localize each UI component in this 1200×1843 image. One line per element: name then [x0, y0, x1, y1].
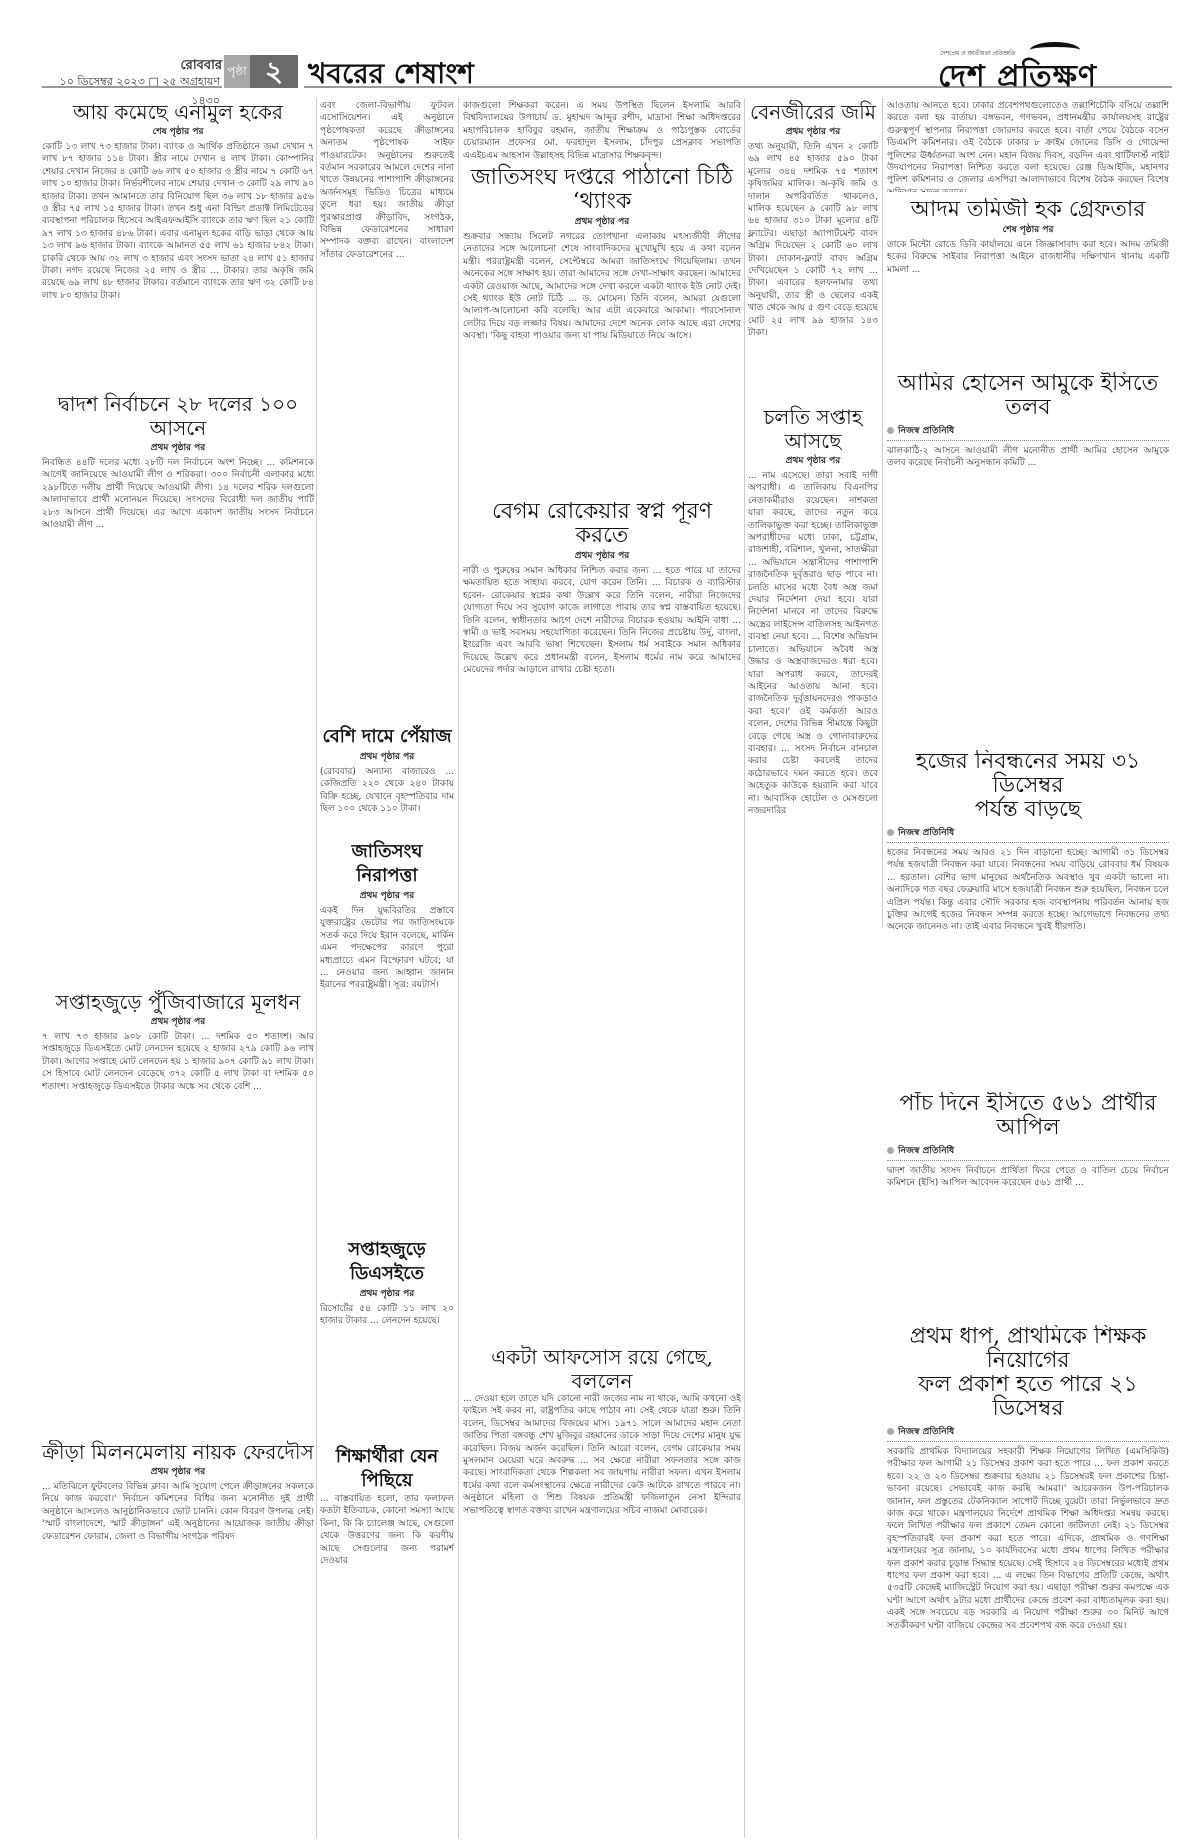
headline[interactable]: বেনজীরের জমি: [748, 100, 878, 124]
story-body: শুক্রবার সন্ধ্যায় সিলেট নগরের তোপখানা এ…: [463, 231, 741, 343]
page-number: ২: [250, 55, 298, 88]
kicker: প্রথম পৃষ্ঠার পর: [463, 214, 741, 229]
story-students: শিক্ষার্থীরা যেন পিছিয়ে ... বাস্তবায়িত…: [320, 1445, 454, 1840]
bullet-icon: [887, 1428, 894, 1435]
bullet-icon: [887, 1147, 894, 1154]
kicker: শেষ পৃষ্ঠার পর: [887, 222, 1169, 237]
kicker: প্রথম পৃষ্ঠার পর: [748, 453, 878, 468]
story-amir: আমির হোসেন আমুকে ইসিতে তলব নিজস্ব প্রতিন…: [887, 372, 1169, 747]
story-adam: আদম তমিজী হক গ্রেফতার শেষ পৃষ্ঠার পর তাক…: [887, 198, 1169, 368]
story-stockmarket: সপ্তাহজুড়ে পুঁজিবাজারে মূলধন প্রথম পৃষ্…: [42, 990, 314, 1360]
story-body: আওতায় আনতে হবে। ঢাকার প্রবেশপথগুলোতেও ত…: [887, 100, 1169, 192]
story-body: ... মতিঝিলে ফুটবলের বিভিন্ন ক্লাব। আমি স…: [42, 1481, 314, 1543]
headline[interactable]: সপ্তাহজুড়ে ডিএসইতে: [320, 1238, 454, 1286]
headline[interactable]: আদম তমিজী হক গ্রেফতার: [887, 198, 1169, 222]
masthead: রোববার ১০ ডিসেম্বর ২০২৩ □ ২৫ অগ্রহায়ণ ১…: [0, 0, 1200, 90]
headline[interactable]: বেশি দামে পেঁয়াজ: [320, 725, 454, 749]
story-hajj: হজের নিবন্ধনের সময় ৩১ ডিসেম্বর পর্যন্ত …: [887, 750, 1169, 1085]
byline: নিজস্ব প্রতিনিধি: [887, 423, 1169, 438]
story-body: ৭ লাখ ৭৩ হাজার ৯০৮ কোটি টাকা। ... দশমিক …: [42, 1031, 314, 1093]
headline[interactable]: বেগম রোকেয়ার স্বপ্ন পূরণ করতে: [463, 500, 741, 548]
story-appeals: পাঁচ দিনে ইসিতে ৫৬১ প্রার্থীর আপিল নিজস্…: [887, 1092, 1169, 1320]
story-benazir: বেনজীরের জমি প্রথম পৃষ্ঠার পর তথ্য অনুযা…: [748, 100, 878, 400]
bullet-icon: [887, 829, 894, 836]
kicker: প্রথম পৃষ্ঠার পর: [42, 440, 314, 455]
headline[interactable]: সপ্তাহজুড়ে পুঁজিবাজারে মূলধন: [42, 990, 314, 1014]
kicker: প্রথম পৃষ্ঠার পর: [463, 548, 741, 563]
bullet-icon: [887, 427, 894, 434]
dotted-divider: [887, 1160, 1169, 1161]
kicker: প্রথম পৃষ্ঠার পর: [42, 1464, 314, 1479]
headline[interactable]: দ্বাদশ নির্বাচনে ২৮ দলের ১০০ আসনে: [42, 392, 314, 440]
story-body: একই দিন যুদ্ধবিরতির প্রস্তাবে যুক্তরাষ্ট…: [320, 905, 454, 992]
headline[interactable]: জাতিসংঘ দপ্তরে পাঠানো চিঠি ‘থ্যাংক: [463, 166, 741, 214]
headline[interactable]: চলতি সপ্তাহ আসছে: [748, 405, 878, 453]
story-body: দ্বাদশ জাতীয় সংসদ নির্বাচনে প্রার্থিতা …: [887, 1165, 1169, 1190]
story-body: (রোববার) অন্যান্য বাজারেও ... কেজিপ্রতি …: [320, 766, 454, 816]
headline[interactable]: শিক্ষার্থীরা যেন পিছিয়ে: [320, 1445, 454, 1493]
story-ferdous: ক্রীড়া মিলনমেলায় নায়ক ফেরদৌস প্রথম পৃ…: [42, 1440, 314, 1780]
story-un-letter: কাজগুলো শিক্ষকরা করেন। এ সময় উপস্থিত ছি…: [463, 100, 741, 495]
headline[interactable]: আয় কমেছে এনামুল হকের: [42, 100, 314, 124]
dotted-divider: [887, 1441, 1169, 1442]
kicker: প্রথম পৃষ্ঠার পর: [320, 749, 454, 764]
byline: নিজস্ব প্রতিনিধি: [887, 825, 1169, 840]
headline[interactable]: আমির হোসেন আমুকে ইসিতে তলব: [887, 372, 1169, 420]
story-body: সরকারি প্রাথমিক বিদ্যালয়ের সহকারী শিক্ষ…: [887, 1446, 1169, 1632]
story-body: নারী ও পুরুষের সমান অধিকার নিশ্চিত করার …: [463, 565, 741, 677]
byline: নিজস্ব প্রতিনিধি: [887, 1424, 1169, 1439]
headline-line1[interactable]: হজের নিবন্ধনের সময় ৩১ ডিসেম্বর: [887, 750, 1169, 798]
byline: নিজস্ব প্রতিনিধি: [887, 1143, 1169, 1158]
headline-line2[interactable]: ফল প্রকাশ হতে পারে ২১ ডিসেম্বর: [887, 1373, 1169, 1421]
kicker: শেষ পৃষ্ঠার পর: [42, 124, 314, 139]
headline[interactable]: ক্রীড়া মিলনমেলায় নায়ক ফেরদৌস: [42, 1440, 314, 1464]
headline-line2[interactable]: পর্যন্ত বাড়ছে: [887, 798, 1169, 822]
story-dhaka-security: আওতায় আনতে হবে। ঢাকার প্রবেশপথগুলোতেও ত…: [887, 100, 1169, 192]
dotted-divider: [887, 842, 1169, 843]
story-body: ... নাম এসেছে। তারা সবাই দাগী অপরাধী। এ …: [748, 470, 878, 817]
story-body: রিসোর্টের ৫৪ কোটি ১১ লাখ ২০ হাজার টাকার …: [320, 1303, 454, 1328]
column-divider: [316, 98, 317, 1838]
story-body: নিবন্ধিত ৪৪টি দলের মধ্যে ২৮টি দল নির্বাচ…: [42, 457, 314, 531]
headline[interactable]: পাঁচ দিনে ইসিতে ৫৬১ প্রার্থীর আপিল: [887, 1092, 1169, 1140]
story-body: হজের নিবন্ধনের সময় আরও ২১ দিন বাড়ানো হ…: [887, 847, 1169, 934]
story-body: এবং জেলা-বিভাগীয় ফুটবল এসোসিয়েশন। এই অ…: [320, 100, 454, 261]
kicker: প্রথম পৃষ্ঠার পর: [42, 1014, 314, 1029]
story-onion: বেশি দামে পেঁয়াজ প্রথম পৃষ্ঠার পর (রোবব…: [320, 725, 454, 835]
story-body: তথ্য অনুযায়ী, তিনি এখন ২ কোটি ৬৯ লাখ ৪৫…: [748, 141, 878, 340]
newspaper-logo: দেশ প্রতিক্ষণ: [938, 52, 1097, 103]
story-un-security: জাতিসংঘ নিরাপত্তা প্রথম পৃষ্ঠার পর একই দ…: [320, 840, 454, 1230]
story-body: তাকে মিন্টো রোডে ডিবি কার্যালয়ে এনে জিজ…: [887, 239, 1169, 276]
story-enamul: আয় কমেছে এনামুল হকের শেষ পৃষ্ঠার পর কোট…: [42, 100, 314, 380]
story-rokeya: বেগম রোকেয়ার স্বপ্ন পূরণ করতে প্রথম পৃষ…: [463, 500, 741, 1340]
column-divider: [744, 98, 745, 1838]
column-divider: [882, 98, 883, 928]
story-regret: একটা আফসোস রয়ে গেছে, বললেন ... দেওয়া হ…: [463, 1345, 741, 1840]
headline[interactable]: একটা আফসোস রয়ে গেছে, বললেন: [463, 1345, 741, 1393]
headline-line1[interactable]: প্রথম ধাপ, প্রাথমিকে শিক্ষক নিয়োগের: [887, 1325, 1169, 1373]
story-body: ... বাস্তবায়িত হলো, তার ফলাফল কতটা ইতিব…: [320, 1493, 454, 1567]
story-body: ... দেওয়া হলে তাতে যদি কোনো নারী জজের ন…: [463, 1393, 741, 1517]
story-this-week: চলতি সপ্তাহ আসছে প্রথম পৃষ্ঠার পর ... না…: [748, 405, 878, 1840]
masthead-rule-left: [42, 86, 222, 88]
story-election: দ্বাদশ নির্বাচনে ২৮ দলের ১০০ আসনে প্রথম …: [42, 392, 314, 982]
page-label: পৃষ্ঠা: [224, 55, 250, 88]
kicker: প্রথম পৃষ্ঠার পর: [748, 124, 878, 139]
story-dse: সপ্তাহজুড়ে ডিএসইতে প্রথম পৃষ্ঠার পর রিস…: [320, 1238, 454, 1438]
kicker: প্রথম পৃষ্ঠার পর: [320, 888, 454, 903]
column-divider: [458, 98, 459, 1838]
story-sports-continued: এবং জেলা-বিভাগীয় ফুটবল এসোসিয়েশন। এই অ…: [320, 100, 454, 720]
story-body: কোটি ১৩ লাখ ৭৩ হাজার টাকা। ব্যাংক ও আর্থ…: [42, 141, 314, 302]
kicker: প্রথম পৃষ্ঠার পর: [320, 1286, 454, 1301]
story-primary-teachers: প্রথম ধাপ, প্রাথমিকে শিক্ষক নিয়োগের ফল …: [887, 1325, 1169, 1840]
story-intro: কাজগুলো শিক্ষকরা করেন। এ সময় উপস্থিত ছি…: [463, 100, 741, 162]
section-title: খবরের শেষাংশ: [308, 52, 474, 99]
dotted-divider: [887, 440, 1169, 441]
story-body: ঝালকাঠি-২ আসনে আওয়ামী লীগ মনোনীত প্রার্…: [887, 445, 1169, 470]
headline[interactable]: জাতিসংঘ নিরাপত্তা: [320, 840, 454, 888]
